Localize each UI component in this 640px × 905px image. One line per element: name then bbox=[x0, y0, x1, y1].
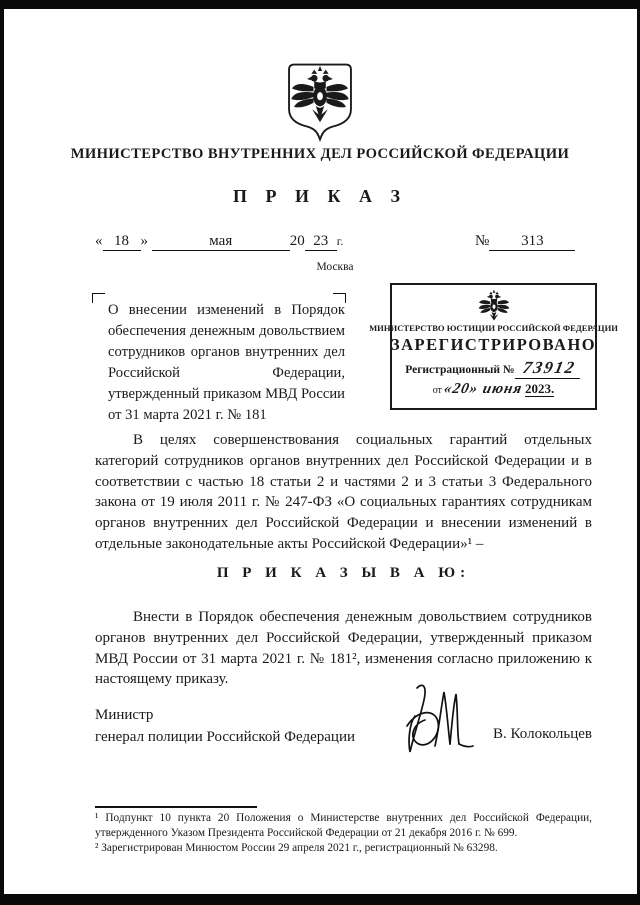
stamp-registered-label: ЗАРЕГИСТРИРОВАНО bbox=[391, 335, 596, 355]
city-label: Москва bbox=[300, 261, 370, 273]
stamp-date-year: 2023. bbox=[525, 381, 554, 397]
order-number: 313 bbox=[489, 233, 575, 251]
stamp-date-line: от «20» июня 2023. bbox=[433, 381, 555, 398]
scan-border-left bbox=[0, 0, 4, 905]
number-sign: № bbox=[475, 233, 489, 249]
signer-position-line2: генерал полиции Российской Федерации bbox=[95, 727, 435, 749]
footnote-2: ² Зарегистрирован Минюстом России 29 апр… bbox=[95, 841, 592, 856]
date-day: 18 bbox=[103, 233, 141, 251]
handwritten-signature-icon bbox=[393, 680, 475, 760]
stamp-ministry-line: МИНИСТЕРСТВО ЮСТИЦИИ РОССИЙСКОЙ ФЕДЕРАЦИ… bbox=[369, 323, 618, 333]
date-year-suffix: г. bbox=[337, 234, 344, 248]
justice-registration-stamp: МИНИСТЕРСТВО ЮСТИЦИИ РОССИЙСКОЙ ФЕДЕРАЦИ… bbox=[390, 283, 597, 410]
document-type-title: П Р И К А З bbox=[40, 186, 600, 207]
stamp-registration-line: Регистрационный № 73912 bbox=[405, 358, 582, 379]
russia-coat-of-arms-icon bbox=[284, 60, 356, 144]
order-subject: О внесении изменений в Порядок обеспечен… bbox=[108, 300, 345, 426]
signer-name: В. Колокольцев bbox=[444, 726, 592, 743]
scan-border-top bbox=[0, 0, 640, 9]
close-quote: » bbox=[141, 233, 149, 249]
stamp-date-prefix: от bbox=[433, 385, 442, 396]
stamp-date-handwritten: «20» июня bbox=[443, 381, 525, 398]
stamp-reg-label: Регистрационный № bbox=[405, 364, 514, 376]
ministry-header: МИНИСТЕРСТВО ВНУТРЕННИХ ДЕЛ РОССИЙСКОЙ Ф… bbox=[40, 146, 600, 163]
date-month: мая bbox=[152, 233, 290, 251]
order-number-group: №313 bbox=[475, 233, 575, 251]
footnote-1: ¹ Подпункт 10 пункта 20 Положения о Мини… bbox=[95, 811, 592, 841]
footnote-divider bbox=[95, 806, 257, 808]
open-quote: « bbox=[95, 233, 103, 249]
body-paragraph-order: Внести в Порядок обеспечения денежным до… bbox=[95, 607, 592, 690]
command-word: П Р И К А З Ы В А Ю: bbox=[95, 565, 592, 582]
signer-position-line1: Министр bbox=[95, 705, 435, 727]
scan-border-bottom bbox=[0, 894, 640, 905]
body-paragraph-preamble: В целях совершенствования социальных гар… bbox=[95, 430, 592, 555]
signer-position: Министр генерал полиции Российской Федер… bbox=[95, 705, 435, 748]
date-century: 20 bbox=[290, 233, 305, 249]
stamp-eagle-icon bbox=[476, 288, 512, 322]
stamp-reg-number-handwritten: 73912 bbox=[515, 358, 584, 379]
date-year: 23 bbox=[305, 233, 337, 251]
scanned-order-document: МИНИСТЕРСТВО ВНУТРЕННИХ ДЕЛ РОССИЙСКОЙ Ф… bbox=[0, 0, 640, 905]
footnotes-block: ¹ Подпункт 10 пункта 20 Положения о Мини… bbox=[95, 811, 592, 857]
subject-corner-mark-left bbox=[92, 293, 105, 303]
